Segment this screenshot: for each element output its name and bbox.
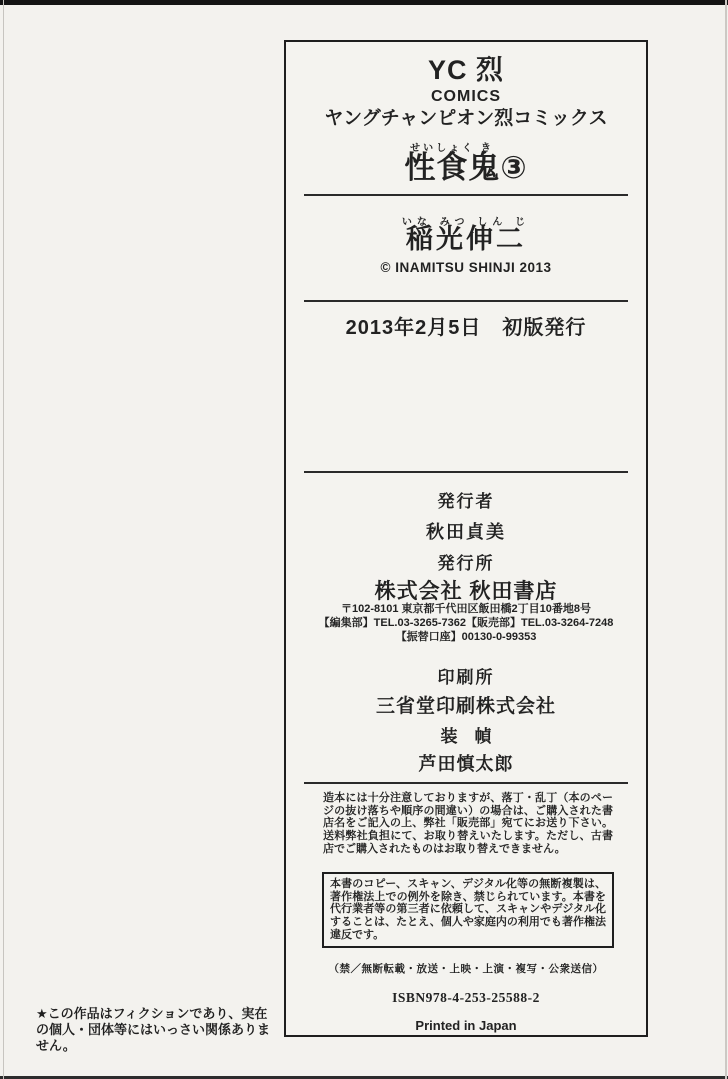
rights-prohibition-line: （禁／無断転載・放送・上映・上演・複写・公衆送信）: [286, 961, 646, 976]
designer-name: 芦田慎太郎: [286, 750, 646, 776]
defective-copy-notice: 造本には十分注意しておりますが、落丁・乱丁（本のページの抜け落ちや順序の間違い）…: [323, 792, 613, 856]
page-left-edge: [3, 0, 4, 1079]
publisher-address: 〒102-8101 東京都千代田区飯田橋2丁目10番地8号: [286, 602, 646, 616]
imprint-logo-line2: COMICS: [286, 88, 646, 106]
divider-rule-1: [304, 194, 628, 196]
copyright-line: © INAMITSU SHINJI 2013: [286, 260, 646, 275]
copy-prohibition-notice: 本書のコピー、スキャン、デジタル化等の無断複製は、著作権法上での例外を除き、禁じ…: [322, 872, 614, 948]
printer-name: 三省堂印刷株式会社: [286, 691, 646, 718]
author-name: 稲光伸二: [286, 223, 646, 255]
edition-date: 2013年2月5日 初版発行: [286, 311, 646, 340]
publisher-address-block: 〒102-8101 東京都千代田区飯田橋2丁目10番地8号 【編集部】TEL.0…: [286, 602, 646, 644]
page-top-edge: [0, 0, 728, 5]
publishing-house-label: 発行所: [286, 549, 646, 574]
book-title: 性食鬼③: [286, 149, 646, 186]
fiction-disclaimer: ★この作品はフィクションであり、実在の個人・団体等にはいっさい関係ありません。: [36, 1006, 278, 1054]
imprint-logo-line1: YC 烈: [286, 56, 646, 86]
publisher-label: 発行者: [286, 487, 646, 512]
publishing-house-name: 株式会社 秋田書店: [286, 575, 646, 605]
publisher-name: 秋田貞美: [286, 518, 646, 544]
page-right-edge: [725, 0, 727, 1079]
series-name: ヤングチャンピオン烈コミックス: [286, 108, 646, 131]
isbn-number: ISBN978-4-253-25588-2: [286, 990, 646, 1006]
publisher-postal-account: 【振替口座】00130-0-99353: [286, 630, 646, 644]
scanned-colophon-page: YC 烈 COMICS ヤングチャンピオン烈コミックス せいしょく き 性食鬼③…: [0, 0, 728, 1079]
divider-rule-4: [304, 782, 628, 784]
publisher-contacts: 【編集部】TEL.03-3265-7362【販売部】TEL.03-3264-72…: [286, 616, 646, 630]
divider-rule-2: [304, 300, 628, 302]
design-label: 装 幀: [286, 722, 646, 747]
printed-in-japan: Printed in Japan: [286, 1018, 646, 1033]
printer-label: 印刷所: [286, 663, 646, 688]
colophon-box: YC 烈 COMICS ヤングチャンピオン烈コミックス せいしょく き 性食鬼③…: [284, 40, 648, 1037]
divider-rule-3: [304, 471, 628, 473]
